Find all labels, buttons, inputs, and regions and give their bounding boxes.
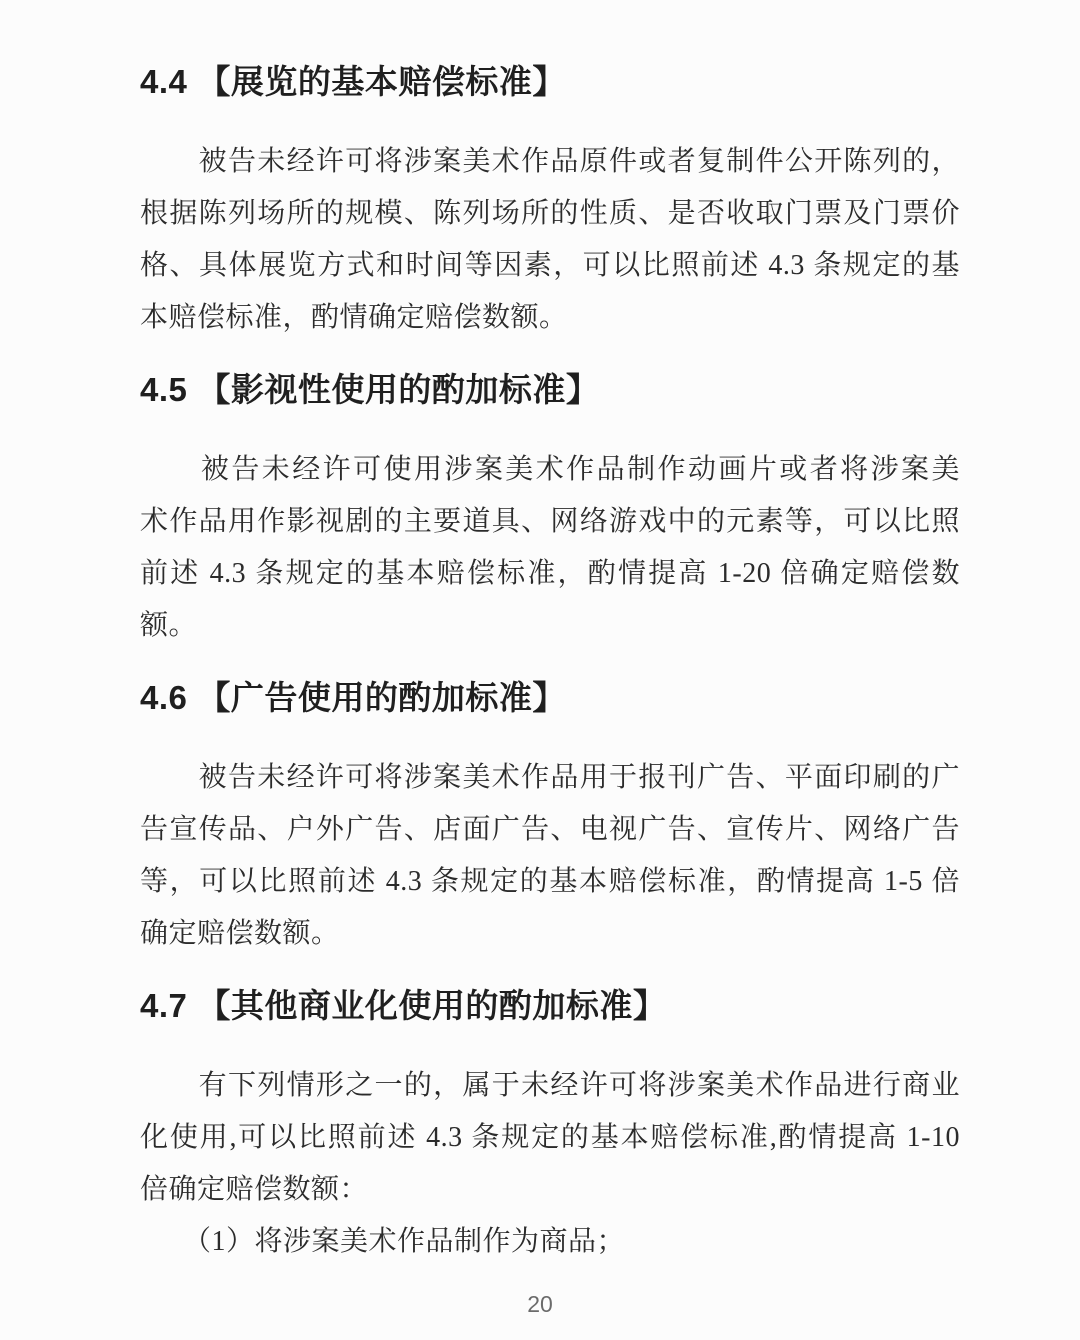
section-title: 【广告使用的酌加标准】: [197, 679, 566, 716]
text-line: 本赔偿标准，酌情确定赔偿数额。: [140, 292, 960, 344]
document-page: 4.4【展览的基本赔偿标准】 被告未经许可将涉案美术作品原件或者复制件公开陈列的…: [0, 0, 1080, 1340]
text-line: 被告未经许可使用涉案美术作品制作动画片或者将涉案美: [140, 444, 960, 496]
section-number: 4.7: [140, 987, 187, 1024]
section-heading: 4.5【影视性使用的酌加标准】: [140, 368, 960, 412]
paragraph: 有下列情形之一的，属于未经许可将涉案美术作品进行商业化使用,可以比照前述 4.3…: [140, 1060, 960, 1216]
paragraph: （1）将涉案美术作品制作为商品；: [140, 1216, 960, 1268]
text-line: （1）将涉案美术作品制作为商品；: [140, 1216, 960, 1268]
text-line: 格、具体展览方式和时间等因素，可以比照前述 4.3 条规定的基: [140, 240, 960, 292]
text-line: 被告未经许可将涉案美术作品原件或者复制件公开陈列的，: [140, 136, 960, 188]
section-title: 【影视性使用的酌加标准】: [197, 371, 599, 408]
text-line: 确定赔偿数额。: [140, 908, 960, 960]
section-heading: 4.4【展览的基本赔偿标准】: [140, 60, 960, 104]
text-line: 化使用,可以比照前述 4.3 条规定的基本赔偿标准,酌情提高 1-10: [140, 1112, 960, 1164]
text-line: 前述 4.3 条规定的基本赔偿标准，酌情提高 1-20 倍确定赔偿数: [140, 548, 960, 600]
section-number: 4.4: [140, 63, 187, 100]
paragraph: 被告未经许可将涉案美术作品用于报刊广告、平面印刷的广告宣传品、户外广告、店面广告…: [140, 752, 960, 960]
text-line: 额。: [140, 600, 960, 652]
page-footer: 20: [0, 1291, 1080, 1318]
document-body: 4.4【展览的基本赔偿标准】 被告未经许可将涉案美术作品原件或者复制件公开陈列的…: [140, 60, 960, 1268]
section-number: 4.6: [140, 679, 187, 716]
section-title: 【展览的基本赔偿标准】: [197, 63, 566, 100]
text-line: 告宣传品、户外广告、店面广告、电视广告、宣传片、网络广告: [140, 804, 960, 856]
page-number: 20: [527, 1291, 553, 1317]
text-line: 术作品用作影视剧的主要道具、网络游戏中的元素等，可以比照: [140, 496, 960, 548]
section-title: 【其他商业化使用的酌加标准】: [197, 987, 666, 1024]
section-heading: 4.7【其他商业化使用的酌加标准】: [140, 984, 960, 1028]
section-number: 4.5: [140, 371, 187, 408]
paragraph: 被告未经许可使用涉案美术作品制作动画片或者将涉案美术作品用作影视剧的主要道具、网…: [140, 444, 960, 652]
text-line: 等，可以比照前述 4.3 条规定的基本赔偿标准，酌情提高 1-5 倍: [140, 856, 960, 908]
paragraph: 被告未经许可将涉案美术作品原件或者复制件公开陈列的，根据陈列场所的规模、陈列场所…: [140, 136, 960, 344]
text-line: 有下列情形之一的，属于未经许可将涉案美术作品进行商业: [140, 1060, 960, 1112]
text-line: 被告未经许可将涉案美术作品用于报刊广告、平面印刷的广: [140, 752, 960, 804]
section-heading: 4.6【广告使用的酌加标准】: [140, 676, 960, 720]
text-line: 倍确定赔偿数额：: [140, 1164, 960, 1216]
text-line: 根据陈列场所的规模、陈列场所的性质、是否收取门票及门票价: [140, 188, 960, 240]
